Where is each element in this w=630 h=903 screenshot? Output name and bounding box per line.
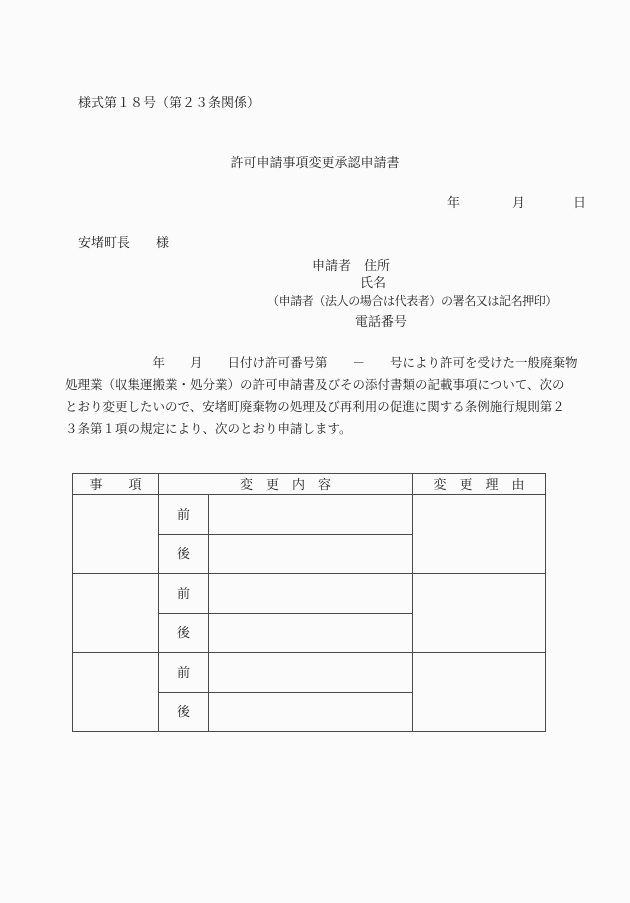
table-row: 前 <box>73 653 546 693</box>
header-item: 事 項 <box>73 474 159 495</box>
form-number: 様式第１８号（第２３条関係） <box>78 96 260 109</box>
page-title: 許可申請事項変更承認申請書 <box>0 156 630 169</box>
addressee: 安堵町長 様 <box>78 236 169 249</box>
after-label: 後 <box>159 613 209 653</box>
before-content-cell <box>209 495 413 535</box>
body-line: とおり変更したいので、安堵町廃棄物の処理及び再利用の促進に関する条例施行規則第２ <box>65 396 569 418</box>
before-content-cell <box>209 653 413 693</box>
after-label: 後 <box>159 534 209 574</box>
date-year-label: 年 <box>447 196 460 209</box>
table-row: 前 <box>73 574 546 614</box>
applicant-signature-note: （申請者（法人の場合は代表者）の署名又は記名押印） <box>267 295 557 307</box>
before-label: 前 <box>159 574 209 614</box>
change-table: 事 項 変 更 内 容 変 更 理 由 前 後 前 後 前 <box>72 473 546 732</box>
applicant-address-label: 申請者 住所 <box>312 259 390 272</box>
reason-cell <box>413 653 546 732</box>
body-line: 年 月 日付け許可番号第 － 号により許可を受けた一般廃棄物 <box>65 352 569 374</box>
date-day-label: 日 <box>573 196 586 209</box>
after-content-cell <box>209 692 413 732</box>
before-content-cell <box>209 574 413 614</box>
table-header-row: 事 項 変 更 内 容 変 更 理 由 <box>73 474 546 495</box>
item-cell <box>73 653 159 732</box>
body-line: 処理業（収集運搬業・処分業）の許可申請書及びその添付書類の記載事項について、次の <box>65 374 569 396</box>
before-label: 前 <box>159 495 209 535</box>
header-content: 変 更 内 容 <box>159 474 413 495</box>
applicant-name-label: 氏名 <box>360 276 386 289</box>
reason-cell <box>413 495 546 574</box>
applicant-phone-label: 電話番号 <box>355 315 407 328</box>
body-line: ３条第１項の規定により、次のとおり申請します。 <box>65 418 569 440</box>
document-page: 様式第１８号（第２３条関係） 許可申請事項変更承認申請書 年 月 日 安堵町長 … <box>0 0 630 903</box>
after-content-cell <box>209 534 413 574</box>
item-cell <box>73 574 159 653</box>
reason-cell <box>413 574 546 653</box>
item-cell <box>73 495 159 574</box>
after-content-cell <box>209 613 413 653</box>
body-paragraph: 年 月 日付け許可番号第 － 号により許可を受けた一般廃棄物 処理業（収集運搬業… <box>65 352 569 440</box>
before-label: 前 <box>159 653 209 693</box>
after-label: 後 <box>159 692 209 732</box>
date-month-label: 月 <box>512 196 525 209</box>
header-reason: 変 更 理 由 <box>413 474 546 495</box>
table-row: 前 <box>73 495 546 535</box>
